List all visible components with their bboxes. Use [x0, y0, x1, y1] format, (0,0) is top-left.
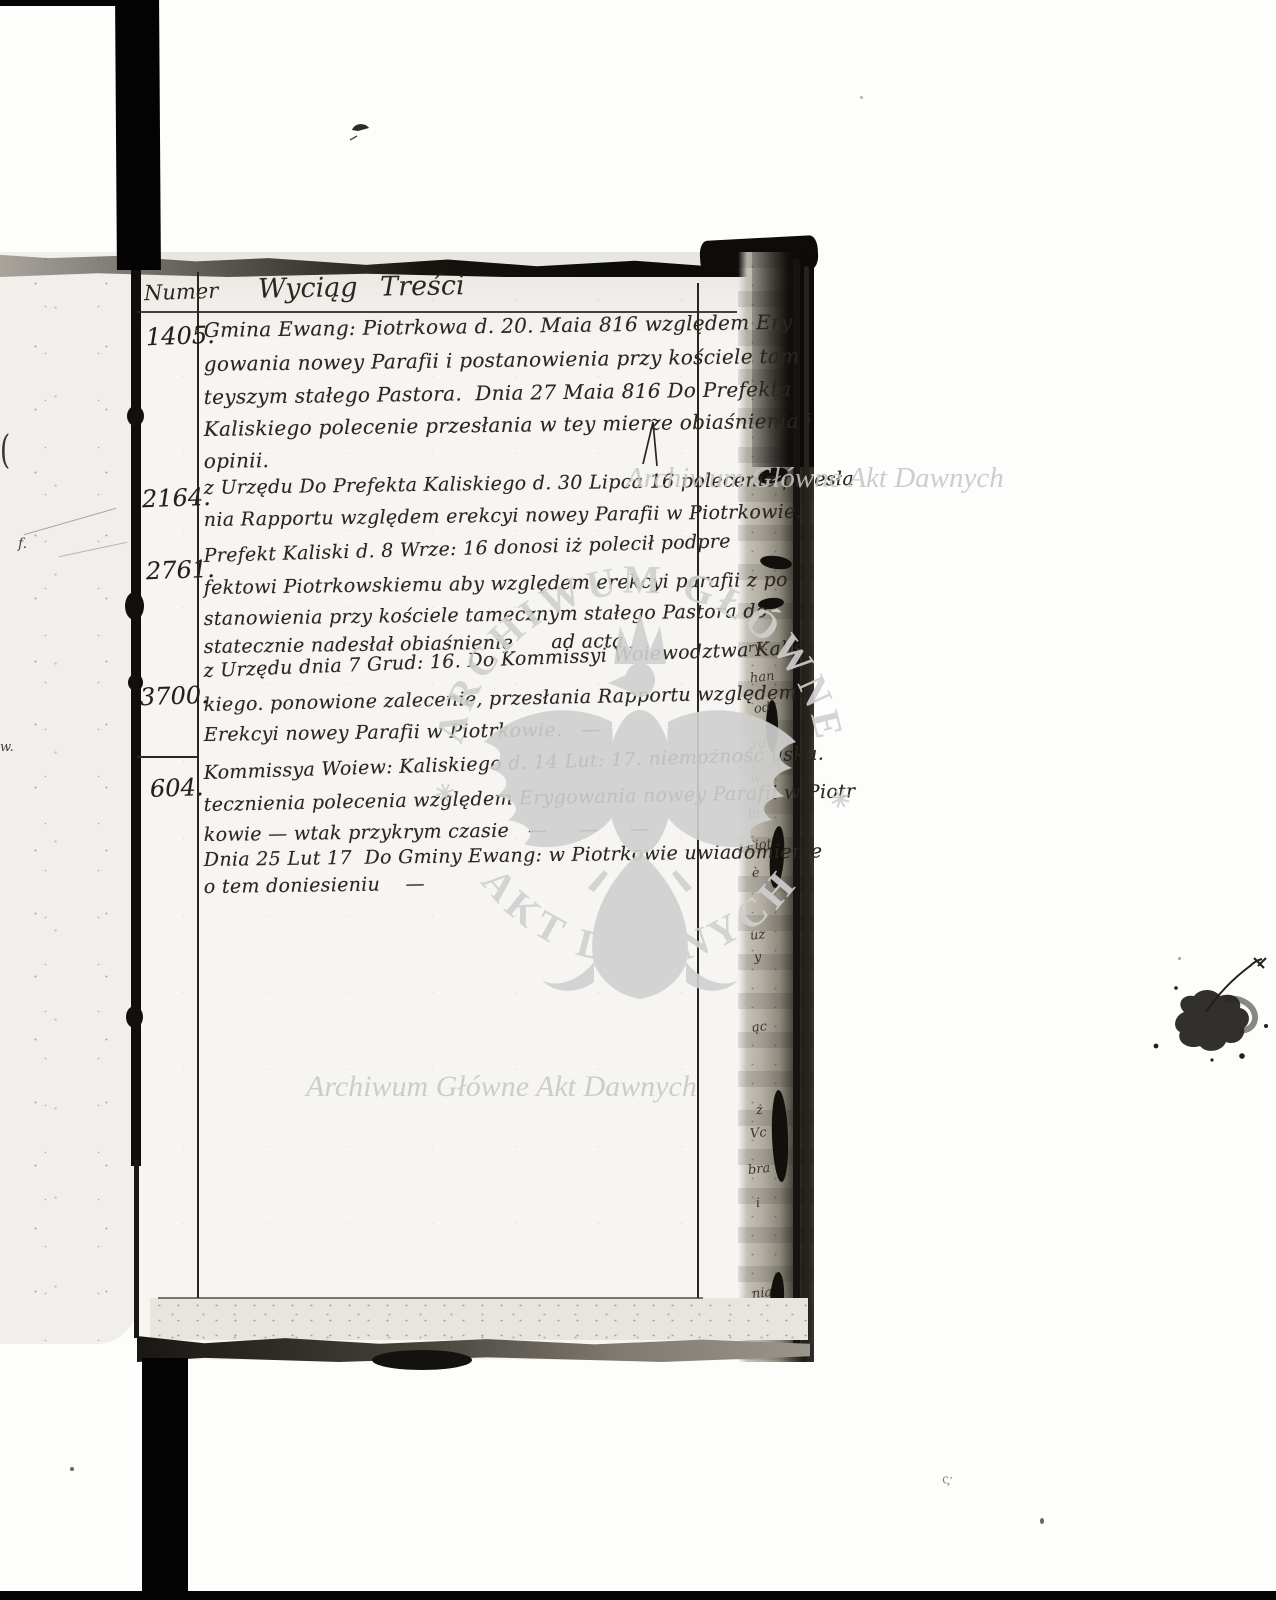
- stray-pen-mark: [348, 118, 376, 144]
- edge-fragment: Piot: [745, 837, 772, 855]
- edge-text-fragments: rw. han od rd w lu. Piot è uz y ąc ż Vc …: [0, 0, 1276, 1600]
- stray-speck: [1178, 957, 1181, 960]
- edge-fragment: y: [753, 950, 762, 966]
- film-edge-bar-top: [115, 0, 161, 270]
- edge-fragment: lu.: [747, 805, 765, 822]
- edge-fragment: ż: [755, 1103, 763, 1119]
- edge-fragment: uz: [749, 927, 766, 944]
- edge-fragment: è: [751, 866, 760, 882]
- stray-speck: [860, 96, 863, 99]
- edge-fragment: ąc: [751, 1019, 768, 1035]
- microfilm-scan: f. ( w. Numer Wyciąg Treści 1405. Gmina …: [0, 0, 1276, 1600]
- edge-fragment: w: [749, 770, 762, 786]
- edge-fragment: od: [753, 700, 771, 717]
- edge-fragment: nia: [751, 1285, 773, 1302]
- ink-blot: [1146, 950, 1276, 1068]
- film-edge-strip-top: [0, 0, 118, 6]
- stray-speck: [1040, 1518, 1044, 1524]
- stray-speck: [70, 1467, 74, 1471]
- edge-fragment: i: [755, 1196, 761, 1211]
- edge-fragment: rw.: [747, 639, 768, 656]
- edge-fragment: Vc: [749, 1125, 767, 1142]
- film-edge-strip-bottom: [0, 1591, 1276, 1600]
- film-edge-bar-bottom: [142, 1358, 188, 1600]
- edge-fragment: rd: [751, 736, 767, 752]
- edge-fragment: bra: [747, 1161, 771, 1178]
- edge-fragment: han: [749, 669, 775, 686]
